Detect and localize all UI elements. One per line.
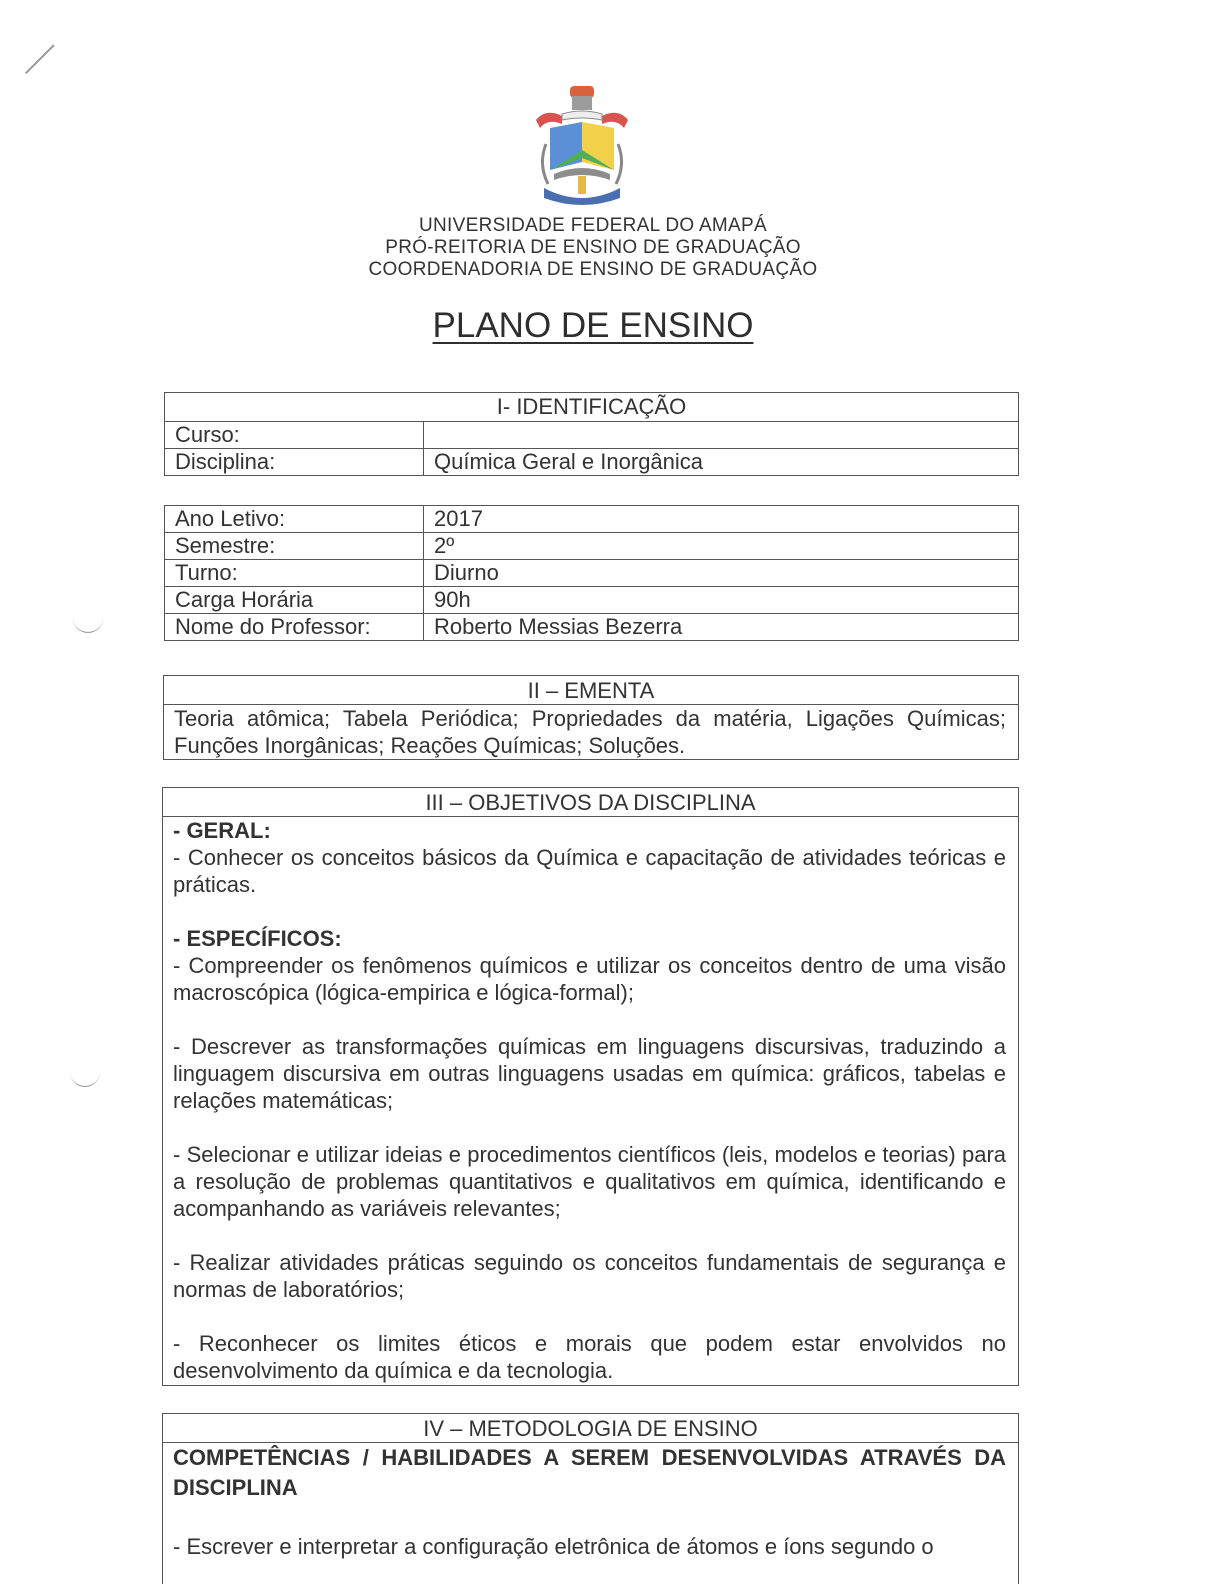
field-label: Carga Horária <box>165 587 424 614</box>
field-value: 2017 <box>424 506 1019 533</box>
general-label: - GERAL: <box>173 817 1006 844</box>
competencies-heading: COMPETÊNCIAS / HABILIDADES A SEREM DESEN… <box>163 1443 1018 1503</box>
university-coat-of-arms-logo <box>532 84 632 212</box>
section-heading: II – EMENTA <box>164 676 1018 705</box>
document-title: PLANO DE ENSINO <box>0 306 1186 346</box>
table-row: Carga Horária 90h <box>165 587 1019 614</box>
table-row: Disciplina: Química Geral e Inorgânica <box>165 449 1019 476</box>
table-row: Curso: <box>165 422 1019 449</box>
field-value: 90h <box>424 587 1019 614</box>
general-objective: - Conhecer os conceitos básicos da Quími… <box>173 844 1006 898</box>
field-value <box>424 422 1019 449</box>
specific-objective: - Descrever as transformações químicas e… <box>173 1033 1006 1114</box>
field-label: Ano Letivo: <box>165 506 424 533</box>
punch-hole-mark <box>70 1072 100 1087</box>
table-row: Turno: Diurno <box>165 560 1019 587</box>
coordination-name: COORDENADORIA DE ENSINO DE GRADUAÇÃO <box>0 259 1186 281</box>
course-info-table: Ano Letivo: 2017 Semestre: 2º Turno: Diu… <box>164 505 1019 641</box>
ementa-text: Teoria atômica; Tabela Periódica; Propri… <box>164 705 1018 759</box>
field-value: Roberto Messias Bezerra <box>424 614 1019 641</box>
objectives-section: III – OBJETIVOS DA DISCIPLINA - GERAL: -… <box>162 787 1019 1386</box>
pro-rectorate-name: PRÓ-REITORIA DE ENSINO DE GRADUAÇÃO <box>0 237 1186 259</box>
specific-objective: - Compreender os fenômenos químicos e ut… <box>173 952 1006 1006</box>
field-value: Química Geral e Inorgânica <box>424 449 1019 476</box>
field-label: Disciplina: <box>165 449 424 476</box>
specific-label: - ESPECÍFICOS: <box>173 925 1006 952</box>
field-label: Turno: <box>165 560 424 587</box>
specific-objective: - Reconhecer os limites éticos e morais … <box>173 1330 1006 1384</box>
scan-artifact-mark <box>25 44 55 74</box>
field-value: 2º <box>424 533 1019 560</box>
field-label: Nome do Professor: <box>165 614 424 641</box>
competency-item: - Escrever e interpretar a configuração … <box>173 1533 1006 1560</box>
section-heading: I- IDENTIFICAÇÃO <box>165 393 1019 422</box>
identification-table: I- IDENTIFICAÇÃO Curso: Disciplina: Quím… <box>164 392 1019 476</box>
table-row: Semestre: 2º <box>165 533 1019 560</box>
specific-objective: - Realizar atividades práticas seguindo … <box>173 1249 1006 1303</box>
field-label: Semestre: <box>165 533 424 560</box>
section-heading: IV – METODOLOGIA DE ENSINO <box>163 1414 1018 1443</box>
field-label: Curso: <box>165 422 424 449</box>
table-row: Ano Letivo: 2017 <box>165 506 1019 533</box>
field-value: Diurno <box>424 560 1019 587</box>
punch-hole-mark <box>73 618 103 633</box>
institution-name: UNIVERSIDADE FEDERAL DO AMAPÁ <box>0 215 1186 237</box>
specific-objective: - Selecionar e utilizar ideias e procedi… <box>173 1141 1006 1222</box>
ementa-section: II – EMENTA Teoria atômica; Tabela Perió… <box>163 675 1019 760</box>
methodology-section: IV – METODOLOGIA DE ENSINO COMPETÊNCIAS … <box>162 1413 1019 1584</box>
table-row: Nome do Professor: Roberto Messias Bezer… <box>165 614 1019 641</box>
section-heading: III – OBJETIVOS DA DISCIPLINA <box>163 788 1018 817</box>
